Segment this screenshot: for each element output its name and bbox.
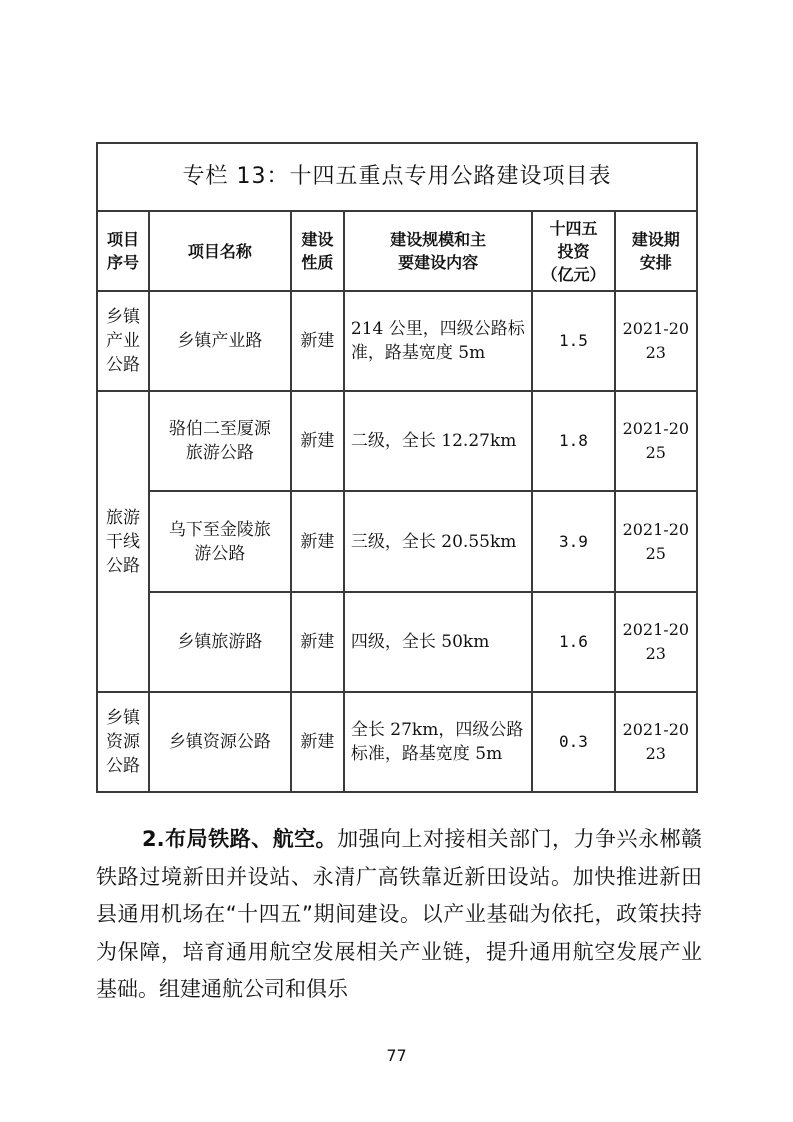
table-header-row: 项目 序号 项目名称 建设 性质 建设规模和主 要建设内容 十四五 投资 （亿元… (97, 211, 697, 291)
project-name-cell: 乌下至金陵旅 游公路 (149, 491, 291, 592)
table-row: 乡镇 产业 公路 乡镇产业路 新建 214 公里，四级公路标准，路基宽度 5m … (97, 291, 697, 391)
construction-type-cell: 新建 (291, 391, 344, 491)
header-period: 建设期 安排 (615, 211, 697, 291)
construction-content-cell: 三级，全长 20.55km (344, 491, 532, 592)
header-construction-type: 建设 性质 (291, 211, 344, 291)
investment-cell: 1.6 (532, 592, 614, 692)
page-number: 77 (0, 1046, 793, 1065)
table-row: 旅游 干线 公路 骆伯二至厦源 旅游公路 新建 二级，全长 12.27km 1.… (97, 391, 697, 491)
project-name-cell: 乡镇资源公路 (149, 692, 291, 792)
construction-content-cell: 二级，全长 12.27km (344, 391, 532, 491)
investment-cell: 1.8 (532, 391, 614, 491)
table-row: 乡镇旅游路 新建 四级，全长 50km 1.6 2021-20 23 (97, 592, 697, 692)
header-investment: 十四五 投资 （亿元） (532, 211, 614, 291)
table-row: 乌下至金陵旅 游公路 新建 三级，全长 20.55km 3.9 2021-20 … (97, 491, 697, 592)
project-name-cell: 乡镇旅游路 (149, 592, 291, 692)
construction-content-cell: 全长 27km，四级公路标准，路基宽度 5m (344, 692, 532, 792)
project-name-cell: 骆伯二至厦源 旅游公路 (149, 391, 291, 491)
category-cell: 旅游 干线 公路 (97, 391, 149, 692)
construction-content-cell: 214 公里，四级公路标准，路基宽度 5m (344, 291, 532, 391)
period-cell: 2021-20 25 (615, 391, 697, 491)
header-construction-scale: 建设规模和主 要建设内容 (344, 211, 532, 291)
table-title: 专栏 13：十四五重点专用公路建设项目表 (97, 143, 697, 211)
table-row: 乡镇 资源 公路 乡镇资源公路 新建 全长 27km，四级公路标准，路基宽度 5… (97, 692, 697, 792)
body-paragraph: 2.布局铁路、航空。加强向上对接相关部门，力争兴永郴赣铁路过境新田并设站、永清广… (96, 821, 702, 1009)
construction-content-cell: 四级，全长 50km (344, 592, 532, 692)
paragraph-text: 加强向上对接相关部门，力争兴永郴赣铁路过境新田并设站、永清广高铁靠近新田设站。加… (96, 827, 702, 1001)
investment-cell: 1.5 (532, 291, 614, 391)
period-cell: 2021-20 23 (615, 692, 697, 792)
investment-cell: 0.3 (532, 692, 614, 792)
road-projects-table: 专栏 13：十四五重点专用公路建设项目表 项目 序号 项目名称 建设 性质 建设… (96, 142, 698, 793)
period-cell: 2021-20 25 (615, 491, 697, 592)
construction-type-cell: 新建 (291, 491, 344, 592)
period-cell: 2021-20 23 (615, 291, 697, 391)
construction-type-cell: 新建 (291, 692, 344, 792)
construction-type-cell: 新建 (291, 291, 344, 391)
category-cell: 乡镇 资源 公路 (97, 692, 149, 792)
period-cell: 2021-20 23 (615, 592, 697, 692)
header-project-no: 项目 序号 (97, 211, 149, 291)
construction-type-cell: 新建 (291, 592, 344, 692)
project-name-cell: 乡镇产业路 (149, 291, 291, 391)
section-heading: 2.布局铁路、航空。 (142, 827, 337, 851)
header-project-name: 项目名称 (149, 211, 291, 291)
investment-cell: 3.9 (532, 491, 614, 592)
category-cell: 乡镇 产业 公路 (97, 291, 149, 391)
